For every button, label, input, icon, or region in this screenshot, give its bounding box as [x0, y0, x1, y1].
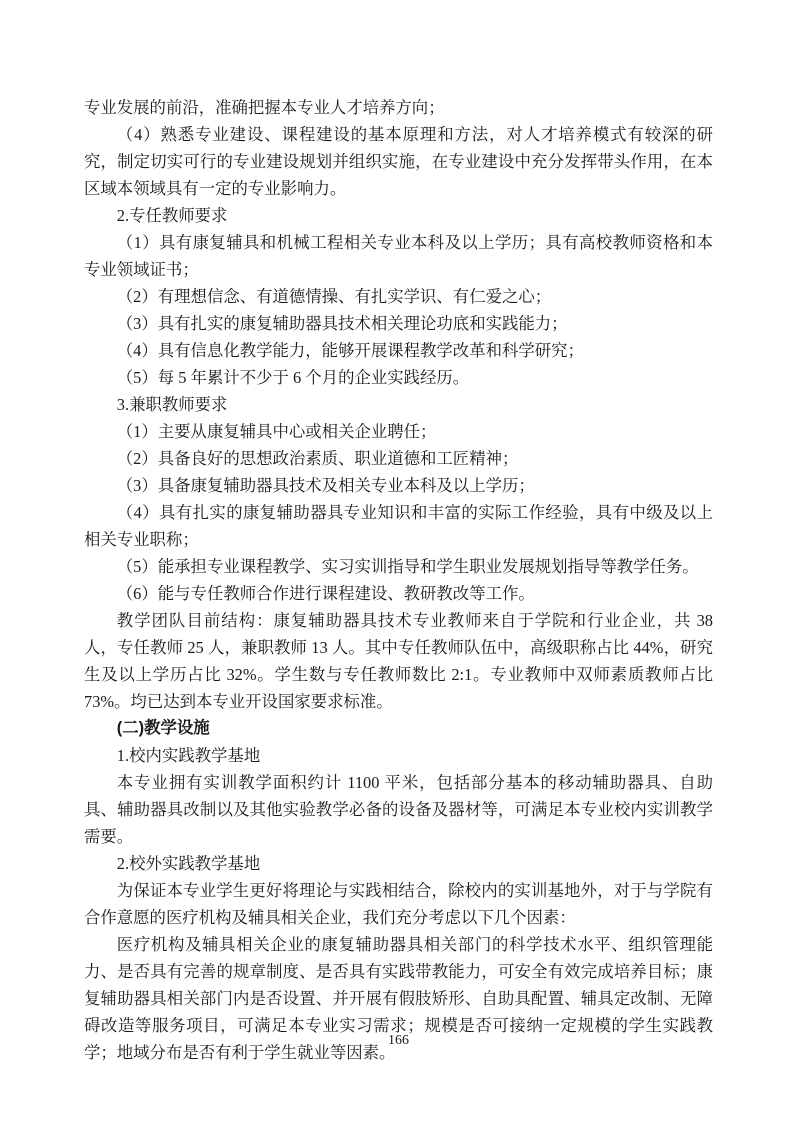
- paragraph: （4）熟悉专业建设、课程建设的基本原理和方法，对人才培养模式有较深的研究，制定切…: [84, 121, 713, 202]
- document-body: 专业发展的前沿，准确把握本专业人才培养方向；（4）熟悉专业建设、课程建设的基本原…: [84, 94, 713, 1066]
- paragraph: （3）具有扎实的康复辅助器具技术相关理论功底和实践能力；: [84, 310, 713, 337]
- paragraph: 教学团队目前结构：康复辅助器具技术专业教师来自于学院和行业企业，共 38 人，专…: [84, 607, 713, 715]
- paragraph: 2.校外实践教学基地: [84, 850, 713, 877]
- document-page: 专业发展的前沿，准确把握本专业人才培养方向；（4）熟悉专业建设、课程建设的基本原…: [0, 0, 793, 1122]
- page-number: 166: [84, 1032, 713, 1050]
- paragraph: （6）能与专任教师合作进行课程建设、教研教改等工作。: [84, 580, 713, 607]
- paragraph: 1.校内实践教学基地: [84, 742, 713, 769]
- paragraph: （1）具有康复辅具和机械工程相关专业本科及以上学历；具有高校教师资格和本专业领域…: [84, 229, 713, 283]
- paragraph: （5）每 5 年累计不少于 6 个月的企业实践经历。: [84, 364, 713, 391]
- paragraph: （2）具备良好的思想政治素质、职业道德和工匠精神；: [84, 445, 713, 472]
- paragraph: 为保证本专业学生更好将理论与实践相结合，除校内的实训基地外，对于与学院有合作意愿…: [84, 877, 713, 931]
- paragraph: （4）具有信息化教学能力，能够开展课程教学改革和科学研究；: [84, 337, 713, 364]
- paragraph: （4）具有扎实的康复辅助器具专业知识和丰富的实际工作经验，具有中级及以上相关专业…: [84, 499, 713, 553]
- paragraph: （2）有理想信念、有道德情操、有扎实学识、有仁爱之心；: [84, 283, 713, 310]
- paragraph: （5）能承担专业课程教学、实习实训指导和学生职业发展规划指导等教学任务。: [84, 553, 713, 580]
- paragraph: 3.兼职教师要求: [84, 391, 713, 418]
- paragraph: 本专业拥有实训教学面积约计 1100 平米，包括部分基本的移动辅助器具、自助具、…: [84, 769, 713, 850]
- section-heading: (二)教学设施: [84, 715, 713, 742]
- paragraph: （1）主要从康复辅具中心或相关企业聘任；: [84, 418, 713, 445]
- paragraph: （3）具备康复辅助器具技术及相关专业本科及以上学历；: [84, 472, 713, 499]
- paragraph: 专业发展的前沿，准确把握本专业人才培养方向；: [84, 94, 713, 121]
- paragraph: 2.专任教师要求: [84, 202, 713, 229]
